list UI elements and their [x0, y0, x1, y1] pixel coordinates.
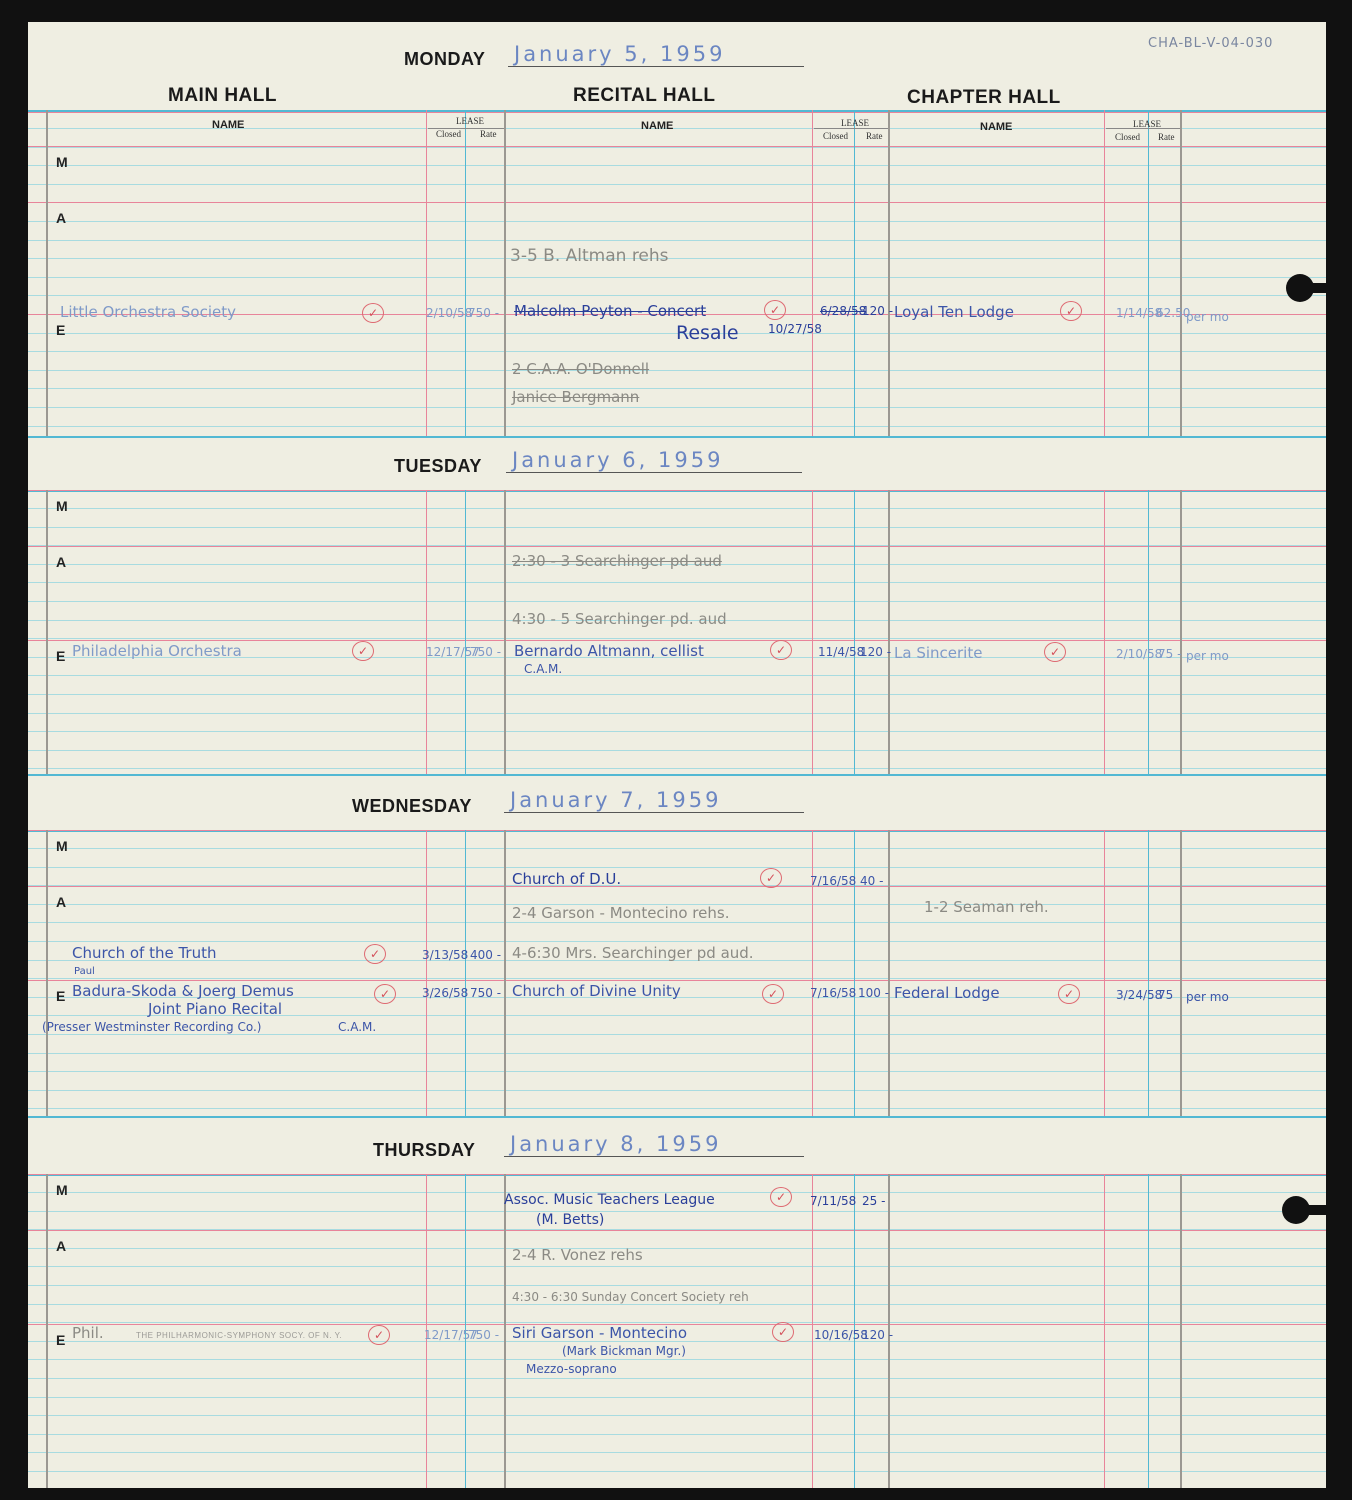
column-rule [888, 110, 890, 436]
thursday-recital-afternoon-2: 4:30 - 6:30 Sunday Concert Society reh [512, 1290, 749, 1304]
wednesday-recital-evening-name: Church of Divine Unity [512, 982, 681, 1000]
col-rate-main: Rate [480, 129, 497, 139]
period-label-a: A [56, 210, 66, 226]
column-rule [1148, 490, 1149, 774]
col-rate-recital: Rate [866, 131, 883, 141]
wednesday-main-evening-line3: (Presser Westminster Recording Co.) [42, 1020, 261, 1034]
thursday-recital-evening-rate: 120 - [862, 1328, 893, 1342]
day-date-wednesday: January 7, 1959 [504, 788, 804, 813]
thursday-recital-morning-check-icon: ✓ [770, 1187, 792, 1207]
wednesday-main-evening-name: Badura-Skoda & Joerg Demus [72, 982, 294, 1000]
rule-line [28, 713, 1326, 714]
rule-line [28, 694, 1326, 695]
ledger-page: CHA-BL-V-04-030 MONDAY January 5, 1959 M… [28, 22, 1326, 1488]
wednesday-main-afternoon-check-icon: ✓ [364, 944, 386, 964]
rule-line [28, 1053, 1326, 1054]
monday-main-closed: 2/10/58 [426, 306, 472, 320]
rule-line [28, 848, 1326, 849]
period-label-e: E [56, 648, 65, 664]
column-rule [465, 110, 466, 436]
column-rule [426, 490, 427, 774]
rule-line [28, 1248, 1326, 1249]
day-title-tuesday: TUESDAY [394, 456, 482, 477]
period-label-a: A [56, 554, 66, 570]
rule-line [28, 941, 1326, 942]
column-rule [504, 110, 506, 436]
monday-recital-rate: 120 - [862, 304, 893, 318]
monday-recital-closed: 6/28/58 [820, 304, 866, 318]
rule-line [28, 731, 1326, 732]
rule-line [28, 165, 1326, 166]
rule-line [28, 277, 1326, 278]
tuesday-main-check-icon: ✓ [352, 641, 374, 661]
rule-line [28, 1034, 1326, 1035]
rule-line [28, 1108, 1326, 1109]
period-line [28, 980, 1326, 981]
column-rule [854, 830, 855, 1116]
rule-line [28, 1397, 1326, 1398]
section-border [28, 1116, 1326, 1118]
period-label-m: M [56, 498, 68, 514]
day-date-monday: January 5, 1959 [508, 42, 804, 67]
period-line [28, 640, 1326, 641]
monday-recital-evening-name: Malcolm Peyton - Concert [514, 302, 706, 320]
thursday-recital-afternoon-1: 2-4 R. Vonez rehs [512, 1246, 643, 1264]
column-rule [1148, 830, 1149, 1116]
monday-chapter-evening-name: Loyal Ten Lodge [894, 303, 1014, 321]
period-line [28, 830, 1326, 831]
period-label-e: E [56, 322, 65, 338]
tuesday-recital-afternoon: 4:30 - 5 Searchinger pd. aud [512, 610, 727, 628]
rule-line [28, 388, 1326, 389]
column-rule [1180, 830, 1182, 1116]
binder-slot-top [1300, 283, 1330, 293]
wednesday-recital-evening-check-icon: ✓ [762, 984, 784, 1004]
period-line [28, 546, 1326, 547]
col-name-main: NAME [212, 119, 244, 131]
rule-line [28, 638, 1326, 639]
column-rule [504, 1174, 506, 1488]
column-rule [46, 490, 48, 774]
day-date-tuesday: January 6, 1959 [506, 448, 802, 473]
period-label-m: M [56, 838, 68, 854]
rule-line [28, 1452, 1326, 1453]
column-rule [854, 490, 855, 774]
binder-slot-bottom [1296, 1205, 1330, 1215]
wednesday-chapter-closed: 3/24/58 [1116, 988, 1162, 1002]
rule-line [28, 147, 1326, 148]
column-rule [1104, 1174, 1105, 1488]
monday-recital-struck-1: 2 C.A.A. O'Donnell [512, 360, 649, 378]
tuesday-chapter-check-icon: ✓ [1044, 642, 1066, 662]
col-rate-chapter: Rate [1158, 132, 1175, 142]
period-line [28, 490, 1326, 491]
col-lease-chapter: LEASE [1133, 119, 1161, 129]
monday-recital-check-icon: ✓ [764, 300, 786, 320]
rule-line [28, 1285, 1326, 1286]
monday-main-check-icon: ✓ [362, 303, 384, 323]
col-name-recital: NAME [641, 120, 673, 132]
col-closed-main: Closed [436, 129, 461, 139]
thursday-recital-evening-closed: 10/16/58 [814, 1328, 868, 1342]
column-rule [504, 490, 506, 774]
column-rule [1104, 490, 1105, 774]
thursday-recital-morning-sub: (M. Betts) [536, 1212, 604, 1228]
day-title-monday: MONDAY [404, 49, 485, 70]
period-line [28, 202, 1326, 203]
column-rule [812, 830, 813, 1116]
day-date-thursday: January 8, 1959 [504, 1132, 804, 1157]
wednesday-recital-morning-rate: 40 - [860, 874, 883, 888]
period-label-a: A [56, 894, 66, 910]
tuesday-recital-evening-name: Bernardo Altmann, cellist [514, 642, 704, 660]
tuesday-recital-evening-sub: C.A.M. [524, 662, 562, 676]
col-closed-recital: Closed [823, 131, 848, 141]
wednesday-recital-morning-check-icon: ✓ [760, 868, 782, 888]
thursday-main-evening-stamp: THE PHILHARMONIC-SYMPHONY SOCY. OF N. Y. [136, 1331, 342, 1340]
column-rule [426, 110, 427, 436]
hall-title-chapter: CHAPTER HALL [907, 87, 1061, 109]
rule-line [28, 867, 1326, 868]
rule-line [28, 750, 1326, 751]
wednesday-main-afternoon-rate: 400 - [470, 948, 501, 962]
thursday-recital-evening-name: Siri Garson - Montecino [512, 1324, 687, 1342]
wednesday-main-afternoon-name: Church of the Truth [72, 944, 216, 962]
monday-recital-struck-2: Janice Bergmann [512, 388, 639, 406]
rule-line [28, 370, 1326, 371]
column-rule [1148, 1174, 1149, 1488]
monday-main-evening-name: Little Orchestra Society [60, 303, 236, 321]
wednesday-main-afternoon-closed: 3/13/58 [422, 948, 468, 962]
period-label-m: M [56, 154, 68, 170]
rule-line [28, 1359, 1326, 1360]
period-line [28, 1174, 1326, 1175]
wednesday-chapter-rate: 75 [1158, 988, 1173, 1002]
wednesday-main-evening-rate: 750 - [470, 986, 501, 1000]
rule-line [28, 675, 1326, 676]
rule-line [28, 1266, 1326, 1267]
column-rule [812, 1174, 813, 1488]
tuesday-chapter-closed: 2/10/58 [1116, 647, 1162, 661]
hall-title-recital: RECITAL HALL [573, 85, 716, 107]
column-rule [812, 110, 813, 436]
section-border [28, 774, 1326, 776]
period-label-e: E [56, 988, 65, 1004]
wednesday-chapter-afternoon: 1-2 Seaman reh. [924, 898, 1049, 916]
column-rule [465, 490, 466, 774]
tuesday-chapter-rate: 75 - [1158, 647, 1181, 661]
thursday-recital-morning-rate: 25 - [862, 1194, 885, 1208]
monday-chapter-check-icon: ✓ [1060, 301, 1082, 321]
wednesday-recital-evening-closed: 7/16/58 [810, 986, 856, 1000]
wednesday-recital-morning-closed: 7/16/58 [810, 874, 856, 888]
tuesday-main-rate: 750 - [470, 645, 501, 659]
column-rule [888, 490, 890, 774]
wednesday-recital-afternoon-2: 4-6:30 Mrs. Searchinger pd aud. [512, 944, 754, 962]
column-rule [46, 830, 48, 1116]
tuesday-recital-afternoon-struck: 2:30 - 3 Searchinger pd aud [512, 552, 722, 570]
rule-line [28, 1304, 1326, 1305]
day-title-thursday: THURSDAY [373, 1140, 475, 1161]
column-rule [1180, 110, 1182, 436]
tuesday-chapter-evening-name: La Sincerite [894, 644, 982, 662]
rule-line [28, 221, 1326, 222]
thursday-recital-evening-sub: (Mark Bickman Mgr.) [562, 1344, 686, 1358]
thursday-recital-evening-sub2: Mezzo-soprano [526, 1362, 617, 1376]
rule-line [28, 922, 1326, 923]
hall-title-main: MAIN HALL [168, 85, 277, 107]
column-rule [426, 830, 427, 1116]
thursday-main-evening-name: Phil. [72, 1324, 104, 1342]
thursday-main-rate: 750 - [468, 1328, 499, 1342]
wednesday-chapter-check-icon: ✓ [1058, 984, 1080, 1004]
col-name-chapter: NAME [980, 121, 1012, 133]
day-title-wednesday: WEDNESDAY [352, 796, 472, 817]
wednesday-main-evening-check-icon: ✓ [374, 984, 396, 1004]
rule-line [28, 582, 1326, 583]
monday-recital-resale-date: 10/27/58 [768, 322, 822, 336]
thursday-recital-morning-name: Assoc. Music Teachers League [504, 1192, 715, 1208]
column-rule [465, 830, 466, 1116]
tuesday-recital-check-icon: ✓ [770, 640, 792, 660]
wednesday-recital-evening-rate: 100 - [858, 986, 889, 1000]
rule-line [28, 407, 1326, 408]
header-line [28, 112, 1326, 113]
col-closed-chapter: Closed [1115, 132, 1140, 142]
rule-line [28, 1415, 1326, 1416]
column-rule [46, 110, 48, 436]
col-lease-main: LEASE [456, 116, 484, 126]
wednesday-chapter-note: per mo [1186, 990, 1229, 1004]
rule-line [28, 508, 1326, 509]
period-line [28, 146, 1326, 147]
wednesday-main-evening-tag: C.A.M. [338, 1020, 376, 1034]
monday-recital-afternoon: 3-5 B. Altman rehs [510, 246, 669, 266]
rule-line [28, 426, 1326, 427]
column-rule [812, 490, 813, 774]
thursday-recital-evening-check-icon: ✓ [772, 1322, 794, 1342]
column-rule [1180, 490, 1182, 774]
column-rule [1104, 110, 1105, 436]
period-label-e: E [56, 1332, 65, 1348]
rule-line [28, 601, 1326, 602]
tuesday-recital-rate: 120 - [860, 645, 891, 659]
rule-line [28, 527, 1326, 528]
rule-line [28, 240, 1326, 241]
monday-chapter-note: per mo [1186, 310, 1229, 324]
column-rule [854, 110, 855, 436]
wednesday-main-evening-closed: 3/26/58 [422, 986, 468, 1000]
period-line [28, 1230, 1326, 1231]
wednesday-chapter-evening-name: Federal Lodge [894, 984, 1000, 1002]
col-lease-recital: LEASE [841, 118, 869, 128]
monday-main-rate: 750 - [468, 306, 499, 320]
monday-recital-resale-note: Resale [676, 322, 739, 344]
rule-line [28, 258, 1326, 259]
wednesday-main-evening-prefix: Paul [74, 966, 95, 977]
column-rule [888, 830, 890, 1116]
wednesday-recital-morning-name: Church of D.U. [512, 870, 621, 888]
rule-line [28, 184, 1326, 185]
rule-line [28, 351, 1326, 352]
rule-line [28, 1378, 1326, 1379]
column-rule [46, 1174, 48, 1488]
rule-line [28, 1071, 1326, 1072]
thursday-main-check-icon: ✓ [368, 1325, 390, 1345]
rule-line [28, 1322, 1326, 1323]
column-rule [504, 830, 506, 1116]
thursday-recital-morning-closed: 7/11/58 [810, 1194, 856, 1208]
section-border [28, 436, 1326, 438]
period-label-a: A [56, 1238, 66, 1254]
lease-divider [814, 128, 888, 129]
rule-line [28, 295, 1326, 296]
wednesday-main-evening-line2: Joint Piano Recital [148, 1000, 282, 1018]
rule-line [28, 1471, 1326, 1472]
reference-code: CHA-BL-V-04-030 [1148, 36, 1273, 51]
rule-line [28, 1090, 1326, 1091]
rule-line [28, 1434, 1326, 1435]
rule-line [28, 978, 1326, 979]
tuesday-recital-closed: 11/4/58 [818, 645, 864, 659]
rule-line [28, 1211, 1326, 1212]
period-label-m: M [56, 1182, 68, 1198]
rule-line [28, 768, 1326, 769]
column-rule [1180, 1174, 1182, 1488]
wednesday-recital-afternoon-1: 2-4 Garson - Montecino rehs. [512, 904, 729, 922]
tuesday-main-evening-name: Philadelphia Orchestra [72, 642, 242, 660]
period-line [28, 886, 1326, 887]
tuesday-chapter-note: per mo [1186, 649, 1229, 663]
column-rule [1104, 830, 1105, 1116]
column-rule [1148, 110, 1149, 436]
